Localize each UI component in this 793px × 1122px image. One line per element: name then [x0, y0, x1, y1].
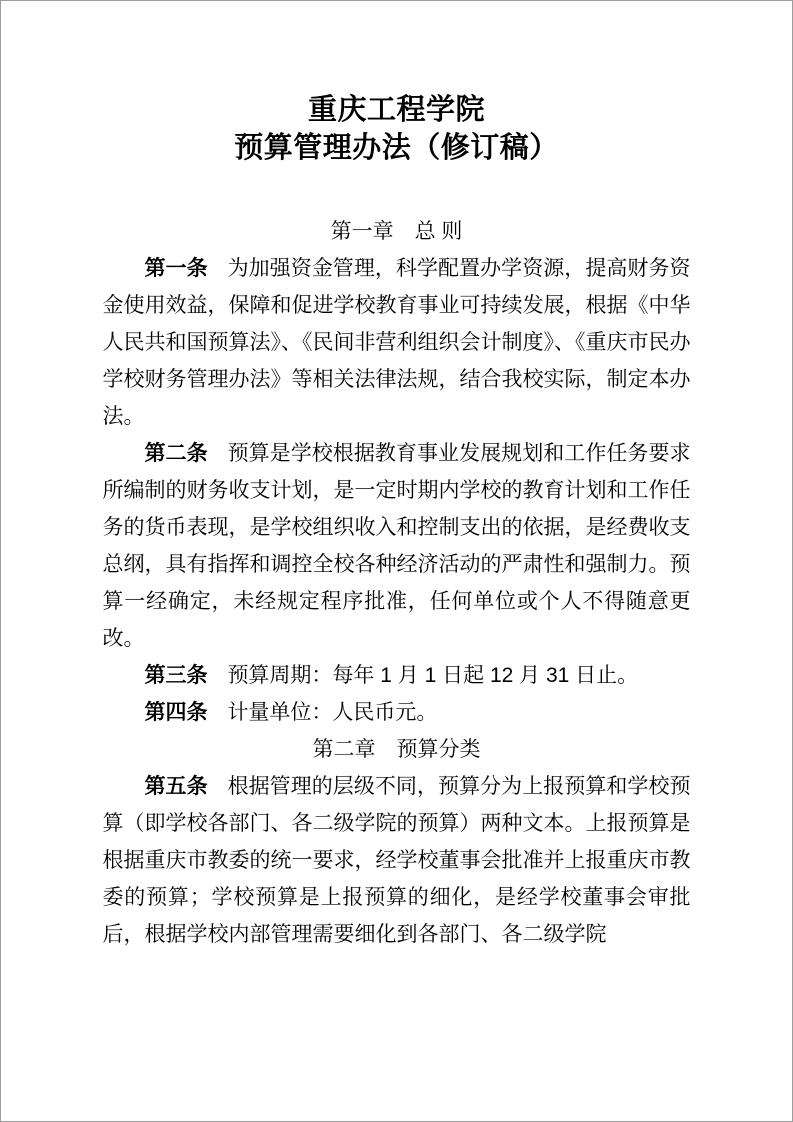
article-5: 第五条根据管理的层级不同，预算分为上报预算和学校预算（即学校各部门、各二级学院的… — [103, 768, 691, 953]
article-2-label: 第二条 — [145, 442, 208, 465]
article-2-text: 预算是学校根据教育事业发展规划和工作任务要求所编制的财务收支计划，是一定时期内学… — [103, 442, 691, 650]
article-2: 第二条预算是学校根据教育事业发展规划和工作任务要求所编制的财务收支计划，是一定时… — [103, 435, 691, 657]
article-3-text: 预算周期：每年 1 月 1 日起 12 月 31 日止。 — [227, 664, 638, 687]
title-line-1: 重庆工程学院 — [1, 91, 792, 129]
article-4-text: 计量单位：人民币元。 — [227, 701, 437, 724]
article-5-label: 第五条 — [145, 775, 208, 798]
article-5-text: 根据管理的层级不同，预算分为上报预算和学校预算（即学校各部门、各二级学院的预算）… — [103, 775, 691, 946]
article-3: 第三条预算周期：每年 1 月 1 日起 12 月 31 日止。 — [103, 657, 691, 694]
article-4-label: 第四条 — [145, 701, 208, 724]
document-page: 重庆工程学院 预算管理办法（修订稿） 第一章 总 则 第一条为加强资金管理，科学… — [0, 0, 793, 1122]
article-1-text: 为加强资金管理，科学配置办学资源，提高财务资金使用效益，保障和促进学校教育事业可… — [103, 257, 691, 428]
document-title: 重庆工程学院 预算管理办法（修订稿） — [1, 91, 792, 167]
article-1-label: 第一条 — [145, 257, 208, 280]
article-3-label: 第三条 — [145, 664, 208, 687]
document-body: 第一章 总 则 第一条为加强资金管理，科学配置办学资源，提高财务资金使用效益，保… — [103, 213, 691, 953]
chapter-heading-budget-classification: 第二章 预算分类 — [103, 731, 691, 768]
chapter-heading-general-provisions: 第一章 总 则 — [103, 213, 691, 250]
article-1: 第一条为加强资金管理，科学配置办学资源，提高财务资金使用效益，保障和促进学校教育… — [103, 250, 691, 435]
title-line-2: 预算管理办法（修订稿） — [1, 129, 792, 167]
article-4: 第四条计量单位：人民币元。 — [103, 694, 691, 731]
